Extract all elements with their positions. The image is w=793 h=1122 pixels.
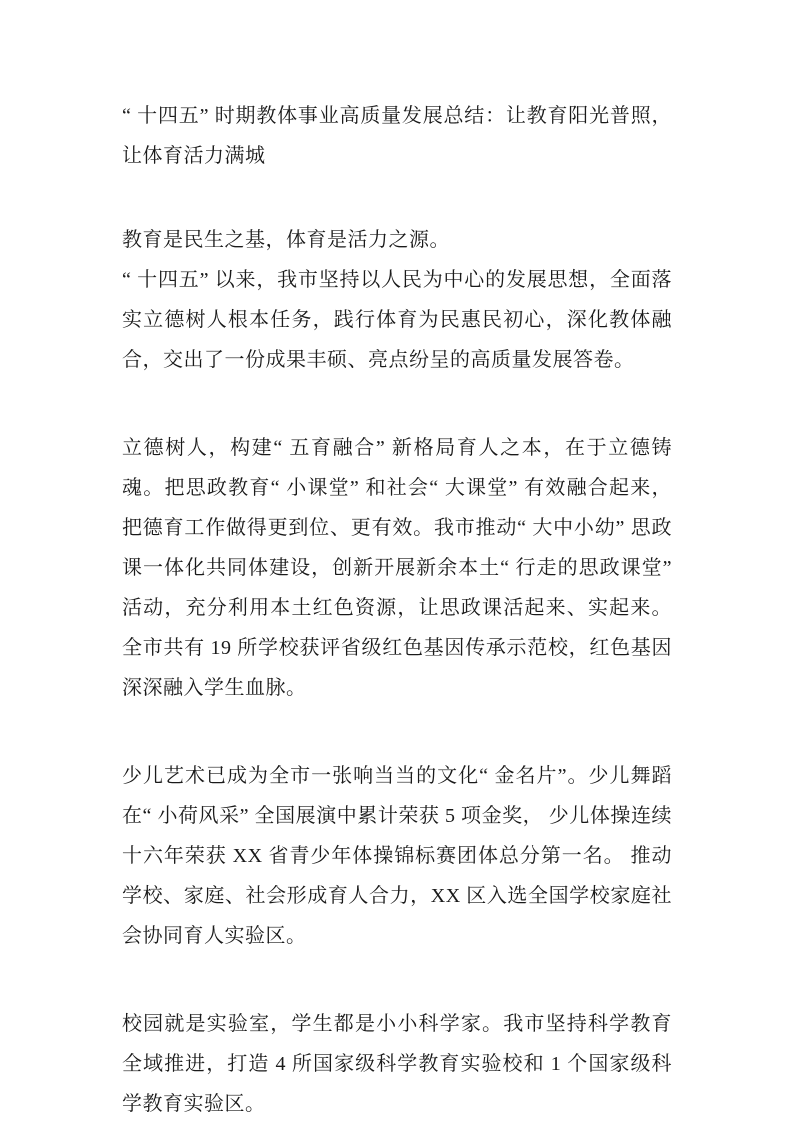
paragraph-moral-education: 立德树人，构建“ 五育融合” 新格局育人之本，在于立德铸魂。把思政教育“ 小课堂… [122,428,672,708]
paragraph-intro-motto: 教育是民生之基，体育是活力之源。 [122,220,672,260]
paragraph-science-education: 校园就是实验室，学生都是小小科学家。我市坚持科学教育全域推进，打造 4 所国家级… [122,1004,672,1122]
paragraph-overview: “ 十四五” 以来，我市坚持以人民为中心的发展思想，全面落实立德树人根本任务，践… [122,260,672,380]
paragraph-children-arts: 少儿艺术已成为全市一张响当当的文化“ 金名片”。少儿舞蹈在“ 小荷风采” 全国展… [122,756,672,956]
document-page: “ 十四五” 时期教体事业高质量发展总结：让教育阳光普照，让体育活力满城 教育是… [0,0,793,1122]
document-title: “ 十四五” 时期教体事业高质量发展总结：让教育阳光普照，让体育活力满城 [122,96,672,176]
